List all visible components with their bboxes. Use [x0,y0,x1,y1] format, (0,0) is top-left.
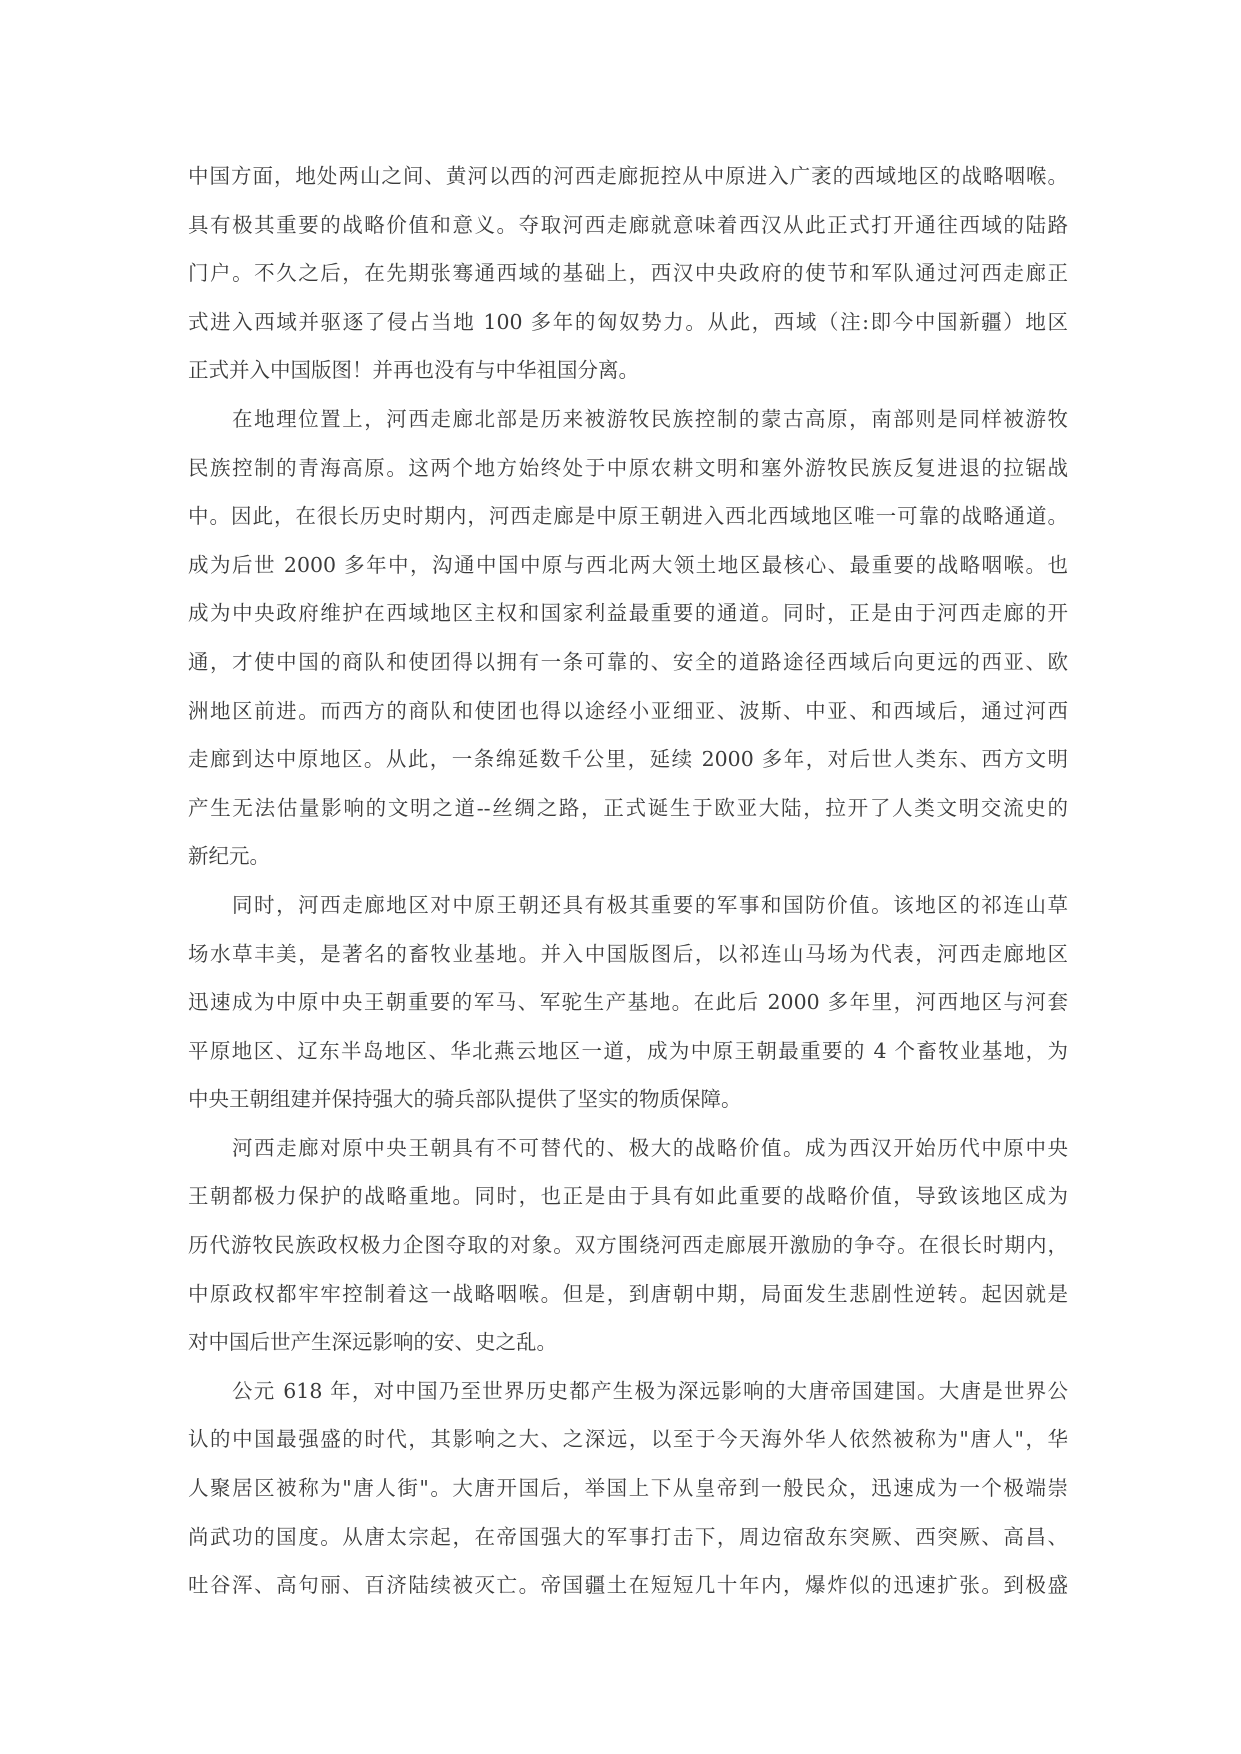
text-line: 平原地区、辽东半岛地区、华北燕云地区一道，成为中原王朝最重要的 4 个畜牧业基地… [188,1027,1068,1076]
text-line: 门户。不久之后，在先期张骞通西域的基础上，西汉中央政府的使节和军队通过河西走廊正 [188,249,1068,298]
text-line: 历代游牧民族政权极力企图夺取的对象。双方围绕河西走廊展开激励的争夺。在很长时期内… [188,1221,1068,1270]
text-line: 在地理位置上，河西走廊北部是历来被游牧民族控制的蒙古高原，南部则是同样被游牧 [188,395,1068,444]
text-line: 公元 618 年，对中国乃至世界历史都产生极为深远影响的大唐帝国建国。大唐是世界… [188,1367,1068,1416]
text-line: 认的中国最强盛的时代，其影响之大、之深远，以至于今天海外华人依然被称为"唐人"，… [188,1415,1068,1464]
text-line: 同时，河西走廊地区对中原王朝还具有极其重要的军事和国防价值。该地区的祁连山草 [188,881,1068,930]
text-line: 对中国后世产生深远影响的安、史之乱。 [188,1318,1068,1367]
paragraph: 中国方面，地处两山之间、黄河以西的河西走廊扼控从中原进入广袤的西域地区的战略咽喉… [188,152,1068,395]
text-line: 尚武功的国度。从唐太宗起，在帝国强大的军事打击下，周边宿敌东突厥、西突厥、高昌、 [188,1513,1068,1562]
paragraph: 在地理位置上，河西走廊北部是历来被游牧民族控制的蒙古高原，南部则是同样被游牧民族… [188,395,1068,881]
text-line: 中原政权都牢牢控制着这一战略咽喉。但是，到唐朝中期，局面发生悲剧性逆转。起因就是 [188,1270,1068,1319]
text-line: 迅速成为中原中央王朝重要的军马、军驼生产基地。在此后 2000 多年里，河西地区… [188,978,1068,1027]
paragraph: 同时，河西走廊地区对中原王朝还具有极其重要的军事和国防价值。该地区的祁连山草场水… [188,881,1068,1124]
text-line: 河西走廊对原中央王朝具有不可替代的、极大的战略价值。成为西汉开始历代中原中央 [188,1124,1068,1173]
text-line: 吐谷浑、高句丽、百济陆续被灭亡。帝国疆土在短短几十年内，爆炸似的迅速扩张。到极盛 [188,1561,1068,1610]
text-line: 中。因此，在很长历史时期内，河西走廊是中原王朝进入西北西域地区唯一可靠的战略通道… [188,492,1068,541]
text-line: 新纪元。 [188,832,1068,881]
paragraph: 河西走廊对原中央王朝具有不可替代的、极大的战略价值。成为西汉开始历代中原中央王朝… [188,1124,1068,1367]
text-line: 人聚居区被称为"唐人街"。大唐开国后，举国上下从皇帝到一般民众，迅速成为一个极端… [188,1464,1068,1513]
text-line: 走廊到达中原地区。从此，一条绵延数千公里，延续 2000 多年，对后世人类东、西… [188,735,1068,784]
text-line: 洲地区前进。而西方的商队和使团也得以途经小亚细亚、波斯、中亚、和西域后，通过河西 [188,687,1068,736]
text-line: 成为后世 2000 多年中，沟通中国中原与西北两大领土地区最核心、最重要的战略咽… [188,541,1068,590]
document-page: 中国方面，地处两山之间、黄河以西的河西走廊扼控从中原进入广袤的西域地区的战略咽喉… [0,0,1241,1754]
text-line: 中央王朝组建并保持强大的骑兵部队提供了坚实的物质保障。 [188,1075,1068,1124]
document-text: 中国方面，地处两山之间、黄河以西的河西走廊扼控从中原进入广袤的西域地区的战略咽喉… [188,152,1068,1610]
text-line: 成为中央政府维护在西域地区主权和国家利益最重要的通道。同时，正是由于河西走廊的开 [188,589,1068,638]
text-line: 王朝都极力保护的战略重地。同时，也正是由于具有如此重要的战略价值，导致该地区成为 [188,1172,1068,1221]
text-line: 产生无法估量影响的文明之道--丝绸之路，正式诞生于欧亚大陆，拉开了人类文明交流史… [188,784,1068,833]
paragraph: 公元 618 年，对中国乃至世界历史都产生极为深远影响的大唐帝国建国。大唐是世界… [188,1367,1068,1610]
text-line: 民族控制的青海高原。这两个地方始终处于中原农耕文明和塞外游牧民族反复进退的拉锯战 [188,444,1068,493]
text-line: 具有极其重要的战略价值和意义。夺取河西走廊就意味着西汉从此正式打开通往西域的陆路 [188,201,1068,250]
text-line: 中国方面，地处两山之间、黄河以西的河西走廊扼控从中原进入广袤的西域地区的战略咽喉… [188,152,1068,201]
text-line: 通，才使中国的商队和使团得以拥有一条可靠的、安全的道路途径西域后向更远的西亚、欧 [188,638,1068,687]
text-line: 式进入西域并驱逐了侵占当地 100 多年的匈奴势力。从此，西域（注:即今中国新疆… [188,298,1068,347]
text-line: 正式并入中国版图！并再也没有与中华祖国分离。 [188,346,1068,395]
text-line: 场水草丰美，是著名的畜牧业基地。并入中国版图后，以祁连山马场为代表，河西走廊地区 [188,930,1068,979]
